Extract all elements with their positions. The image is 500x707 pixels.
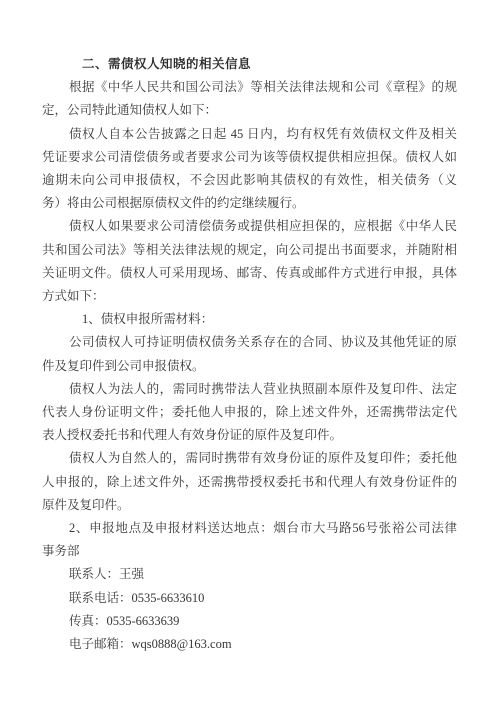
document-body: 二、需债权人知晓的相关信息 根据《中华人民共和国公司法》等相关法律法规和公司《章… (42, 53, 457, 656)
text-line: 债权人如果要求公司清偿债务或提供相应担保的，应根据《中华人民 (42, 215, 457, 238)
text-line: 事务部 (42, 540, 457, 563)
text-line: 件及复印件到公司申报债权。 (42, 355, 457, 378)
text-line: 根据《中华人民共和国公司法》等相关法律法规和公司《章程》的规 (42, 76, 457, 99)
list-item-1-heading: 1、债权申报所需材料： (42, 308, 457, 331)
text-line: 代表人身份证明文件；委托他人申报的，除上述文件外，还需携带法定代 (42, 401, 457, 424)
contact-email-line: 电子邮箱：wqs0888@163.com (42, 633, 457, 656)
text-line: 方式如下： (42, 285, 457, 308)
text-line: 债权人自本公告披露之日起 45 日内，均有权凭有效债权文件及相关 (42, 123, 457, 146)
contact-phone-line: 联系电话：0535-6633610 (42, 587, 457, 610)
text-line: 定，公司特此通知债权人如下： (42, 99, 457, 122)
text-line: 公司债权人可持证明债权债务关系存在的合同、协议及其他凭证的原 (42, 331, 457, 354)
document-page: 二、需债权人知晓的相关信息 根据《中华人民共和国公司法》等相关法律法规和公司《章… (0, 0, 500, 707)
text-line: 表人授权委托书和代理人有效身份证的原件及复印件。 (42, 424, 457, 447)
text-line: 债权人为自然人的，需同时携带有效身份证的原件及复印件；委托他 (42, 447, 457, 470)
contact-person-line: 联系人：王强 (42, 563, 457, 586)
text-line: 凭证要求公司清偿债务或者要求公司为该等债权提供相应担保。债权人如 (42, 146, 457, 169)
text-line: 人申报的，除上述文件外，还需携带授权委托书和代理人有效身份证件的 (42, 471, 457, 494)
text-line: 关证明文件。债权人可采用现场、邮寄、传真或邮件方式进行申报，具体 (42, 262, 457, 285)
text-line: 共和国公司法》等相关法律法规的规定，向公司提出书面要求，并随附相 (42, 239, 457, 262)
text-line: 务）将由公司根据原债权文件的约定继续履行。 (42, 192, 457, 215)
list-item-2-heading: 2、申报地点及申报材料送达地点：烟台市大马路56号张裕公司法律 (42, 517, 457, 540)
section-heading: 二、需债权人知晓的相关信息 (42, 53, 457, 76)
text-line: 原件及复印件。 (42, 494, 457, 517)
contact-fax-line: 传真：0535-6633639 (42, 610, 457, 633)
text-line: 逾期未向公司申报债权，不会因此影响其债权的有效性，相关债务（义 (42, 169, 457, 192)
text-line: 债权人为法人的，需同时携带法人营业执照副本原件及复印件、法定 (42, 378, 457, 401)
